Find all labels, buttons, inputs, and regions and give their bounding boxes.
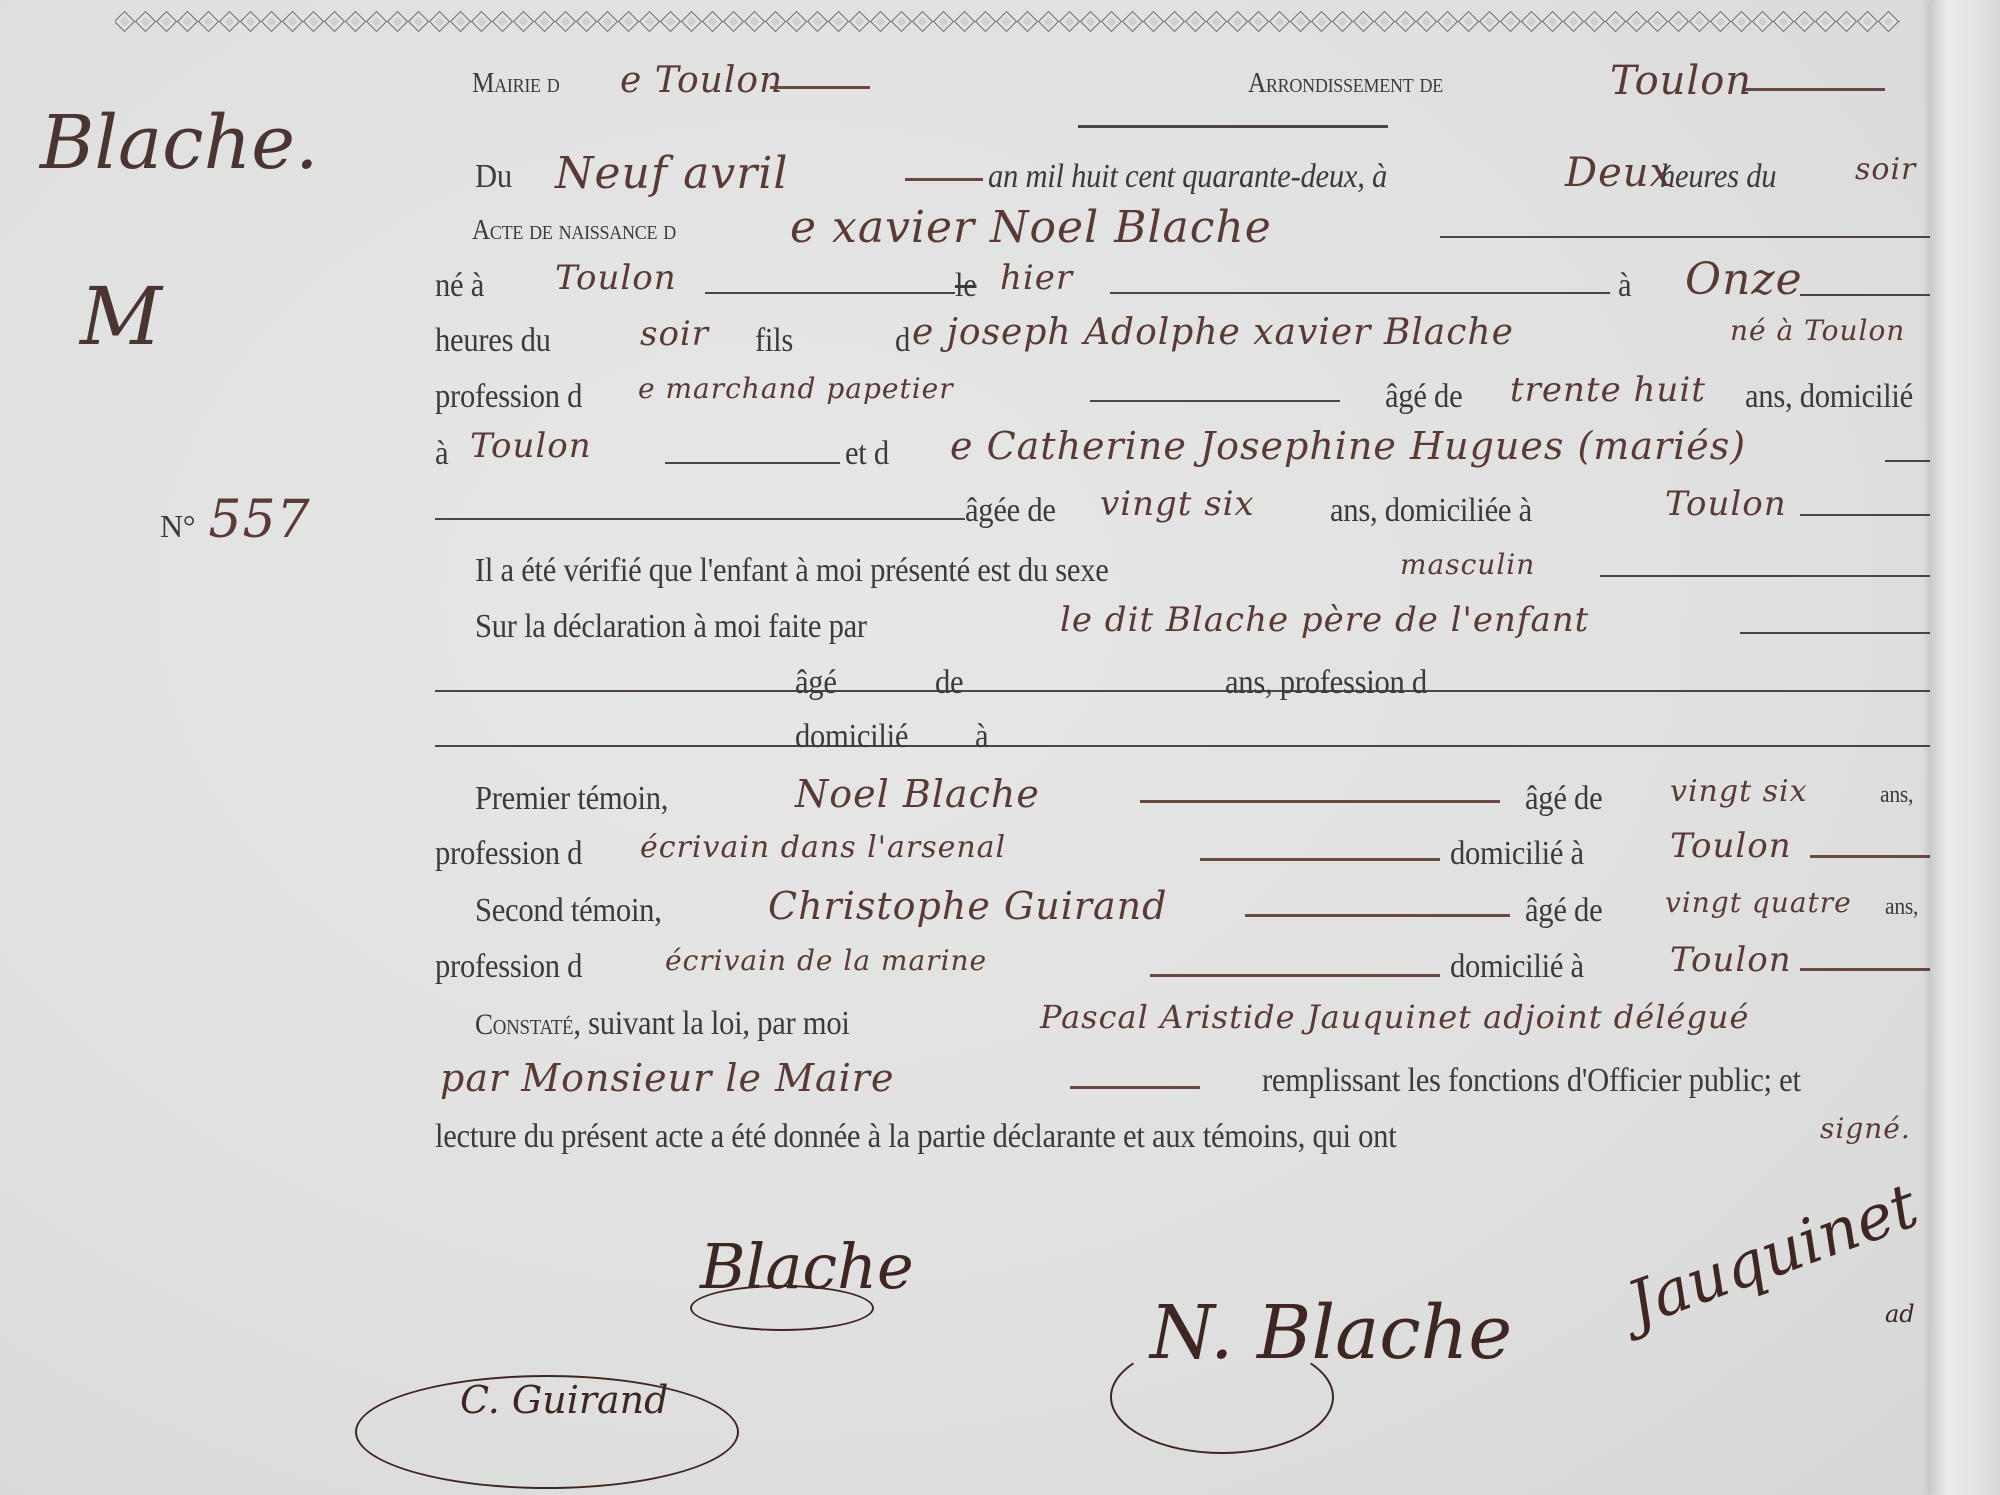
diamond-ornament xyxy=(1605,10,1626,31)
diamond-ornament xyxy=(429,10,450,31)
first-witness-domicile: Toulon xyxy=(1670,826,1792,866)
mother-domicile-label: ans, domiciliée à xyxy=(1330,492,1532,530)
diamond-ornament xyxy=(1647,10,1668,31)
declarant-profession-label: ans, profession d xyxy=(1225,664,1427,702)
diamond-ornament xyxy=(1080,10,1101,31)
rule xyxy=(1810,855,1930,858)
rule xyxy=(435,518,965,520)
second-witness-domicile: Toulon xyxy=(1670,940,1792,980)
diamond-ornament xyxy=(1899,10,1900,31)
diamond-ornament xyxy=(1836,10,1857,31)
father-domicile: Toulon xyxy=(470,426,592,466)
rule xyxy=(1800,294,1930,296)
diamond-ornament xyxy=(1668,10,1689,31)
margin-surname: Blache. xyxy=(40,100,319,186)
second-witness-label: Second témoin, xyxy=(475,892,662,930)
rule xyxy=(1740,632,1930,634)
delegation-value: par Monsieur le Maire xyxy=(440,1056,894,1100)
declarant-value: le dit Blache père de l'enfant xyxy=(1060,600,1589,640)
diamond-ornament xyxy=(135,10,156,31)
diamond-ornament xyxy=(513,10,534,31)
diamond-ornament xyxy=(1269,10,1290,31)
diamond-ornament xyxy=(177,10,198,31)
diamond-ornament xyxy=(1584,10,1605,31)
rule xyxy=(1140,800,1500,803)
diamond-ornament xyxy=(345,10,366,31)
declarant-a-label: à xyxy=(975,718,988,756)
diamond-ornament xyxy=(1416,10,1437,31)
year-text: an mil huit cent quarante-deux, à xyxy=(988,158,1387,196)
sex-verification-text: Il a été vérifié que l'enfant à moi prés… xyxy=(475,552,1109,590)
header-divider xyxy=(1078,125,1388,128)
rule xyxy=(1440,236,1930,238)
arrondissement-label: Arrondissement de xyxy=(1248,68,1443,100)
diamond-ornament xyxy=(660,10,681,31)
rule xyxy=(1600,575,1930,577)
diamond-ornament xyxy=(366,10,387,31)
diamond-ornament xyxy=(1878,10,1899,31)
margin-sex-mark: M xyxy=(80,270,162,363)
diamond-ornament xyxy=(1626,10,1647,31)
a-label: à xyxy=(435,435,448,473)
diamond-ornament xyxy=(1290,10,1311,31)
diamond-ornament xyxy=(1227,10,1248,31)
diamond-ornament xyxy=(1353,10,1374,31)
diamond-ornament xyxy=(954,10,975,31)
diamond-ornament xyxy=(1122,10,1143,31)
de-label: d xyxy=(895,322,910,360)
et-de-label: et d xyxy=(845,435,889,473)
diamond-ornament xyxy=(156,10,177,31)
rule xyxy=(1885,460,1930,462)
diamond-ornament xyxy=(1374,10,1395,31)
mairie-label: Mairie d xyxy=(472,68,560,100)
diamond-ornament xyxy=(597,10,618,31)
diamond-ornament xyxy=(1689,10,1710,31)
diamond-ornament xyxy=(912,10,933,31)
diamond-ornament xyxy=(576,10,597,31)
date-value: Neuf avril xyxy=(555,148,788,199)
fils-label: fils xyxy=(755,322,793,360)
signature-flourish xyxy=(1110,1340,1334,1454)
father-profession-label: profession d xyxy=(435,378,582,416)
diamond-ornament xyxy=(744,10,765,31)
diamond-ornament xyxy=(891,10,912,31)
diamond-ornament xyxy=(450,10,471,31)
mother-age-label: âgée de xyxy=(965,492,1056,530)
signature-flourish xyxy=(355,1375,739,1489)
signature-flourish xyxy=(690,1285,874,1331)
number-label: N° xyxy=(160,508,195,544)
birth-day: hier xyxy=(1000,258,1073,298)
diamond-ornament xyxy=(555,10,576,31)
le-label: le xyxy=(955,267,977,305)
diamond-ornament xyxy=(849,10,870,31)
rule xyxy=(1245,914,1510,917)
diamond-ornament xyxy=(1143,10,1164,31)
second-witness-age: vingt quatre xyxy=(1665,886,1852,919)
father-age-label: âgé de xyxy=(1385,378,1462,416)
diamond-ornament xyxy=(324,10,345,31)
diamond-ornament xyxy=(1521,10,1542,31)
first-witness-age: vingt six xyxy=(1670,774,1808,809)
diamond-ornament xyxy=(828,10,849,31)
second-witness-profession: écrivain de la marine xyxy=(665,944,987,977)
date-underline xyxy=(905,178,983,181)
at-label: à xyxy=(1618,267,1631,305)
margin-entry-number: N° 557 xyxy=(160,490,311,550)
diamond-ornament xyxy=(1458,10,1479,31)
signed-value: signé. xyxy=(1820,1112,1911,1145)
diamond-ornament xyxy=(1815,10,1836,31)
diamond-ornament xyxy=(1857,10,1878,31)
diamond-ornament xyxy=(1332,10,1353,31)
diamond-ornament xyxy=(1500,10,1521,31)
born-at-label: né à xyxy=(435,267,484,305)
diamond-ornament xyxy=(1710,10,1731,31)
declaration-text: Sur la déclaration à moi faite par xyxy=(475,608,867,646)
arrondissement-underline xyxy=(1745,88,1885,91)
first-witness-age-label: âgé de xyxy=(1525,780,1602,818)
constate-text: Constaté, suivant la loi, par moi xyxy=(475,1005,850,1043)
rule xyxy=(1200,858,1440,861)
mairie-value: e Toulon xyxy=(620,60,783,101)
diamond-ornament xyxy=(1731,10,1752,31)
diamond-ornament xyxy=(807,10,828,31)
reading-text: lecture du présent acte a été donnée à l… xyxy=(435,1118,1396,1156)
diamond-ornament xyxy=(219,10,240,31)
second-witness-domicile-label: domicilié à xyxy=(1450,948,1584,986)
first-witness-name: Noel Blache xyxy=(795,772,1040,816)
diamond-ornament xyxy=(1206,10,1227,31)
diamond-ornament xyxy=(198,10,219,31)
diamond-ornament xyxy=(1059,10,1080,31)
register-page: Blache. M N° 557 Mairie d e Toulon Arron… xyxy=(0,0,1950,1495)
rule xyxy=(1090,400,1340,402)
diamond-ornament xyxy=(1752,10,1773,31)
diamond-ornament xyxy=(282,10,303,31)
diamond-ornament xyxy=(681,10,702,31)
declarant-domicile-label: domicilié xyxy=(795,718,908,756)
mother-domicile: Toulon xyxy=(1665,484,1787,524)
declarant-age-label: âgé xyxy=(795,664,837,702)
father-birthplace: né à Toulon xyxy=(1730,314,1905,347)
mother-age: vingt six xyxy=(1100,484,1255,524)
declarant-de-label: de xyxy=(935,664,963,702)
rule xyxy=(705,292,955,294)
diamond-ornament xyxy=(1794,10,1815,31)
hours-text: heures du xyxy=(1660,158,1776,196)
second-witness-age-label: âgé de xyxy=(1525,892,1602,930)
diamond-ornament xyxy=(471,10,492,31)
rule xyxy=(1150,974,1440,977)
diamond-ornament xyxy=(870,10,891,31)
birth-period: soir xyxy=(640,314,709,354)
diamond-ornament xyxy=(639,10,660,31)
mairie-underline xyxy=(770,86,870,89)
rule xyxy=(1800,968,1930,971)
acte-label: Acte de naissance d xyxy=(472,215,676,247)
diamond-ornament xyxy=(1563,10,1584,31)
diamond-ornament xyxy=(786,10,807,31)
diamond-ornament xyxy=(1542,10,1563,31)
decorative-diamond-border xyxy=(115,10,1900,32)
diamond-ornament xyxy=(240,10,261,31)
birth-place: Toulon xyxy=(555,258,677,298)
diamond-ornament xyxy=(1038,10,1059,31)
rule xyxy=(665,462,840,464)
father-profession: e marchand papetier xyxy=(638,372,954,405)
diamond-ornament xyxy=(723,10,744,31)
diamond-ornament xyxy=(303,10,324,31)
diamond-ornament xyxy=(1311,10,1332,31)
signature-officer-text: Jauquinet xyxy=(1618,1169,1927,1341)
child-name: e xavier Noel Blache xyxy=(790,202,1272,253)
officer-name: Pascal Aristide Jauquinet adjoint délégu… xyxy=(1040,998,1749,1036)
diamond-ornament xyxy=(933,10,954,31)
hour-value: Deux xyxy=(1565,150,1673,196)
diamond-ornament xyxy=(408,10,429,31)
heures-label: heures du xyxy=(435,322,551,360)
child-sex: masculin xyxy=(1400,548,1535,581)
diamond-ornament xyxy=(618,10,639,31)
diamond-ornament xyxy=(1395,10,1416,31)
rule xyxy=(1800,514,1930,516)
first-witness-profession-label: profession d xyxy=(435,835,582,873)
father-age: trente huit xyxy=(1510,370,1706,410)
du-label: Du xyxy=(475,158,512,196)
diamond-ornament xyxy=(261,10,282,31)
diamond-ornament xyxy=(387,10,408,31)
diamond-ornament xyxy=(115,10,135,31)
arrondissement-value: Toulon xyxy=(1610,58,1752,104)
father-name: e joseph Adolphe xavier Blache xyxy=(912,312,1514,353)
diamond-ornament xyxy=(1164,10,1185,31)
diamond-ornament xyxy=(1248,10,1269,31)
mother-name: e Catherine Josephine Hugues (mariés) xyxy=(950,424,1746,468)
rule xyxy=(1070,1086,1200,1089)
period-value: soir xyxy=(1855,152,1916,187)
first-witness-label: Premier témoin, xyxy=(475,780,668,818)
rule xyxy=(435,745,1930,747)
first-witness-profession: écrivain dans l'arsenal xyxy=(640,830,1006,865)
diamond-ornament xyxy=(1185,10,1206,31)
diamond-ornament xyxy=(975,10,996,31)
diamond-ornament xyxy=(765,10,786,31)
second-witness-profession-label: profession d xyxy=(435,948,582,986)
diamond-ornament xyxy=(1479,10,1500,31)
first-witness-ans: ans, xyxy=(1880,782,1913,809)
diamond-ornament xyxy=(534,10,555,31)
diamond-ornament xyxy=(996,10,1017,31)
first-witness-domicile-label: domicilié à xyxy=(1450,835,1584,873)
diamond-ornament xyxy=(492,10,513,31)
second-witness-ans: ans, xyxy=(1885,894,1918,921)
diamond-ornament xyxy=(702,10,723,31)
second-witness-name: Christophe Guirand xyxy=(768,884,1167,928)
diamond-ornament xyxy=(1101,10,1122,31)
rule xyxy=(1110,292,1610,294)
father-domicile-label: ans, domicilié xyxy=(1745,378,1913,416)
diamond-ornament xyxy=(1773,10,1794,31)
birth-hour: Onze xyxy=(1685,254,1803,305)
signature-officer-note: ad xyxy=(1885,1300,1915,1328)
diamond-ornament xyxy=(1437,10,1458,31)
diamond-ornament xyxy=(1017,10,1038,31)
rule xyxy=(435,690,1930,692)
number-value: 557 xyxy=(208,490,310,550)
officer-functions-text: remplissant les fonctions d'Officier pub… xyxy=(1262,1062,1801,1100)
book-gutter xyxy=(1930,0,2000,1495)
